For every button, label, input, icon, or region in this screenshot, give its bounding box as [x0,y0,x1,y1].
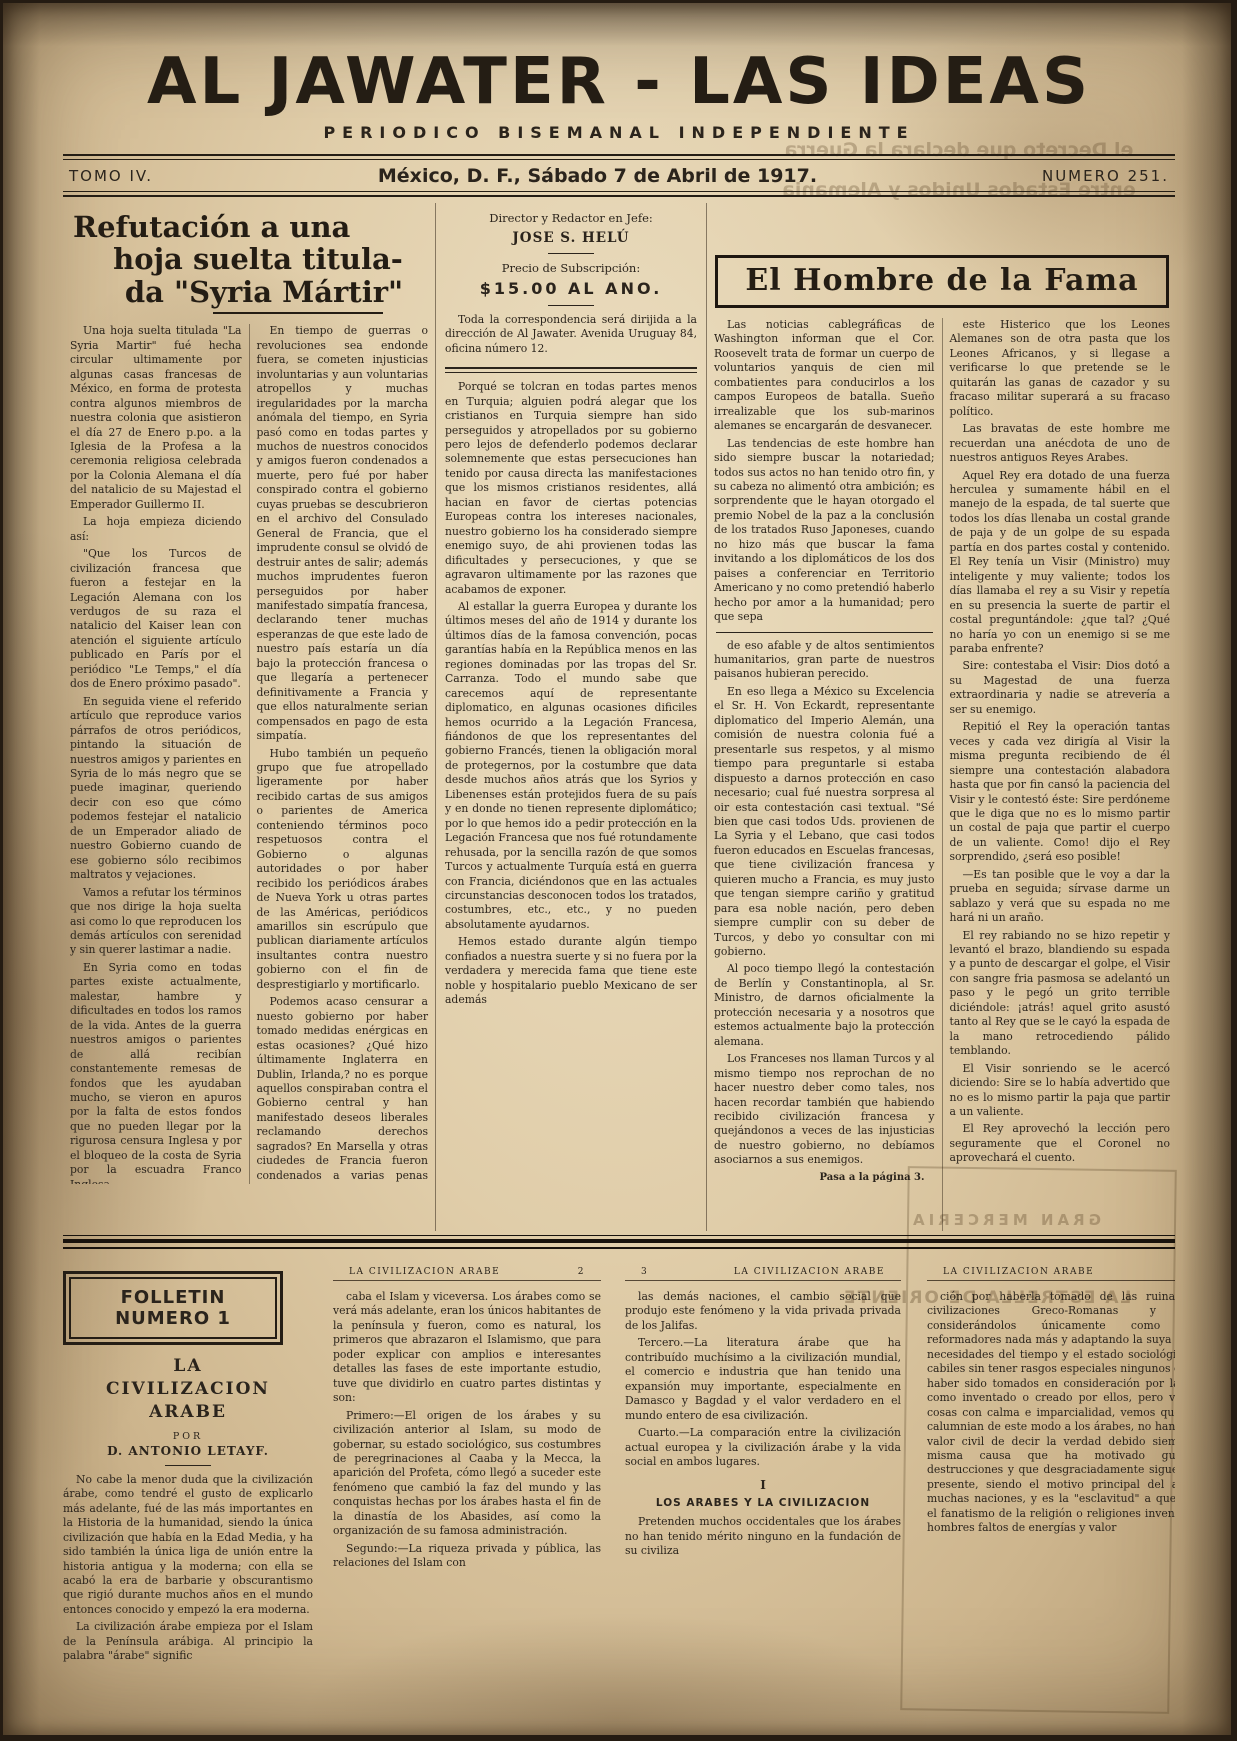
paragraph: Tercero.—La literatura árabe que ha cont… [625,1336,901,1423]
masthead-subtitle: PERIODICO BISEMANAL INDEPENDIENTE [63,123,1175,142]
continuation-note: Pasa a la página 3. [714,1172,935,1183]
masthead-title: AL JAWATER - LAS IDEAS [63,45,1175,119]
subscription-price: $15.00 AL ANO. [445,279,697,298]
paragraph: Pretenden muchos occidentales que los ár… [625,1515,901,1558]
mini-rule [548,253,594,254]
folletin-col2: LA CIVILIZACION ARABE 2 caba el Islam y … [321,1265,613,1695]
divider-line [63,1247,1175,1249]
article-hombre-fama-col2: este Histerico que los Leones Alemanes s… [942,318,1176,1231]
paragraph: Al estallar la guerra Europea y durante … [445,600,697,932]
director-label: Director y Redactor en Jefe: [445,211,697,225]
headline-line: da "Syria Mártir" [63,276,435,308]
paragraph: Podemos acaso censurar a nuesto gobierno… [257,995,429,1184]
mini-rule [165,1465,211,1466]
paragraph: "Que los Turcos de civilización francesa… [70,547,242,692]
article-hombre-fama-headline: El Hombre de la Fama [715,255,1169,308]
section-divider [63,1235,1175,1249]
correspondence-address: Toda la correspondencia será dirijida a … [445,313,697,356]
chapter-numeral: I [625,1478,901,1492]
running-head: LA CIVILIZACION ARABE 4 [927,1265,1175,1281]
double-rule [445,367,697,373]
paragraph: caba el Islam y viceversa. Los árabes co… [333,1290,601,1406]
folletin-ornamental-box: FOLLETIN NUMERO 1 [63,1271,283,1345]
folletin-series-title: LA CIVILIZACION ARABE [93,1355,283,1424]
paragraph: No cabe la menor duda que la civilizació… [63,1473,313,1618]
running-head-title: LA CIVILIZACION ARABE [943,1267,1094,1277]
paragraph: Las noticias cablegráficas de Washington… [714,318,935,434]
paragraph: —Es tan posible que le voy a dar la prue… [950,868,1171,926]
running-head-page-number: 3 [641,1267,648,1277]
column-separator-rule [716,632,933,633]
folletin-col3: 3 LA CIVILIZACION ARABE las demás nacion… [613,1265,913,1695]
folletin-author: D. ANTONIO LETAYF. [63,1444,313,1458]
paragraph: Repitió el Rey la operación tantas veces… [950,720,1171,865]
dateline-date: México, D. F., Sábado 7 de Abril de 1917… [378,165,817,187]
paragraph: El Rey aprovechó la lección pero seguram… [950,1122,1171,1165]
paragraph: En Syria como en todas partes existe act… [70,961,242,1185]
page-content: AL JAWATER - LAS IDEAS PERIODICO BISEMAN… [3,3,1231,1735]
chapter-heading: LOS ARABES Y LA CIVILIZACION [625,1497,901,1509]
paragraph: En tiempo de guerras o revoluciones sea … [257,324,429,743]
headline-line: Refutación a una [63,211,435,243]
dateline: TOMO IV. México, D. F., Sábado 7 de Abri… [63,160,1175,191]
paragraph: Una hoja suelta titulada "La Syria Marti… [70,324,242,512]
numero-label: NUMERO 251. [1042,167,1169,185]
paragraph: Segundo:—La riqueza privada y pública, l… [333,1542,601,1571]
headline-line: hoja suelta titula- [63,243,435,275]
headline-underline [213,312,383,314]
running-head-title: LA CIVILIZACION ARABE [734,1267,885,1277]
paragraph: Al poco tiempo llegó la contestación de … [714,962,935,1049]
tomo-label: TOMO IV. [69,167,153,185]
paragraph: La civilización árabe empieza por el Isl… [63,1620,313,1663]
subscription-label: Precio de Subscripción: [445,261,697,275]
running-head-title: LA CIVILIZACION ARABE [349,1267,500,1277]
paragraph: ción por haberla tomado de las ruinas de… [927,1290,1175,1536]
article-refutacion-col2: En tiempo de guerras o revoluciones sea … [249,324,436,1184]
paragraph: La hoja empieza diciendo así: [70,515,242,544]
mini-rule [548,305,594,306]
newspaper-page: el Decreto que declara la Guerra entre E… [3,3,1231,1735]
article-hombre-fama-col1: Las noticias cablegráficas de Washington… [707,318,942,1231]
article-refutacion: Refutación a una hoja suelta titula- da … [63,203,435,1231]
paragraph: este Histerico que los Leones Alemanes s… [950,318,1171,419]
paragraph: Vamos a refutar los términos que nos dir… [70,886,242,958]
paragraph: Las tendencias de este hombre han sido s… [714,437,935,625]
running-head: 3 LA CIVILIZACION ARABE [625,1265,901,1281]
folletin-number: FOLLETIN NUMERO 1 [69,1277,277,1339]
dateline-rule [63,191,1175,197]
masthead: AL JAWATER - LAS IDEAS PERIODICO BISEMAN… [63,45,1175,142]
newspaper-photo: el Decreto que declara la Guerra entre E… [0,0,1237,1741]
front-page-columns: Refutación a una hoja suelta titula- da … [63,203,1175,1231]
paragraph: Primero:—El origen de los árabes y su ci… [333,1409,601,1539]
paragraph: En seguida viene el referido artículo qu… [70,695,242,883]
folletin-col1: FOLLETIN NUMERO 1 LA CIVILIZACION ARABE … [63,1265,321,1695]
folletin-section: FOLLETIN NUMERO 1 LA CIVILIZACION ARABE … [63,1265,1175,1695]
paragraph: Porqué se tolcran en todas partes menos … [445,380,697,597]
center-column: Director y Redactor en Jefe: JOSE S. HEL… [435,203,707,1231]
article-turquia: Porqué se tolcran en todas partes menos … [445,380,697,1007]
article-refutacion-headline: Refutación a una hoja suelta titula- da … [63,211,435,308]
paragraph: En eso llega a México su Excelencia el S… [714,685,935,960]
paragraph: Cuarto.—La comparación entre la civiliza… [625,1426,901,1469]
folletin-por-label: POR [63,1431,313,1442]
paragraph: Hemos estado durante algún tiempo confia… [445,935,697,1007]
publication-infobox: Director y Redactor en Jefe: JOSE S. HEL… [445,203,697,356]
paragraph: las demás naciones, el cambio social que… [625,1290,901,1333]
paragraph: Hubo también un pequeño grupo que fue at… [257,747,429,993]
paragraph: Sire: contestaba el Visir: Dios dotó a s… [950,659,1171,717]
paragraph: El Visir sonriendo se le acercó diciendo… [950,1062,1171,1120]
divider-line [63,1239,1175,1243]
paragraph: Los Franceses nos llaman Turcos y al mis… [714,1052,935,1168]
paragraph: de eso afable y de altos sentimientos hu… [714,639,935,682]
folletin-col4: LA CIVILIZACION ARABE 4 ción por haberla… [913,1265,1175,1695]
running-head-page-number: 2 [578,1267,585,1277]
paragraph: Aquel Rey era dotado de una fuerza hercu… [950,469,1171,657]
divider-line [63,1235,1175,1236]
running-head: LA CIVILIZACION ARABE 2 [333,1265,601,1281]
director-name: JOSE S. HELÚ [445,230,697,246]
article-hombre-fama: El Hombre de la Fama Las noticias cableg… [707,203,1175,1231]
paragraph: El rey rabiando no se hizo repetir y lev… [950,929,1171,1059]
article-refutacion-col1: Una hoja suelta titulada "La Syria Marti… [63,324,249,1184]
paragraph: Las bravatas de este hombre me recuerdan… [950,422,1171,465]
